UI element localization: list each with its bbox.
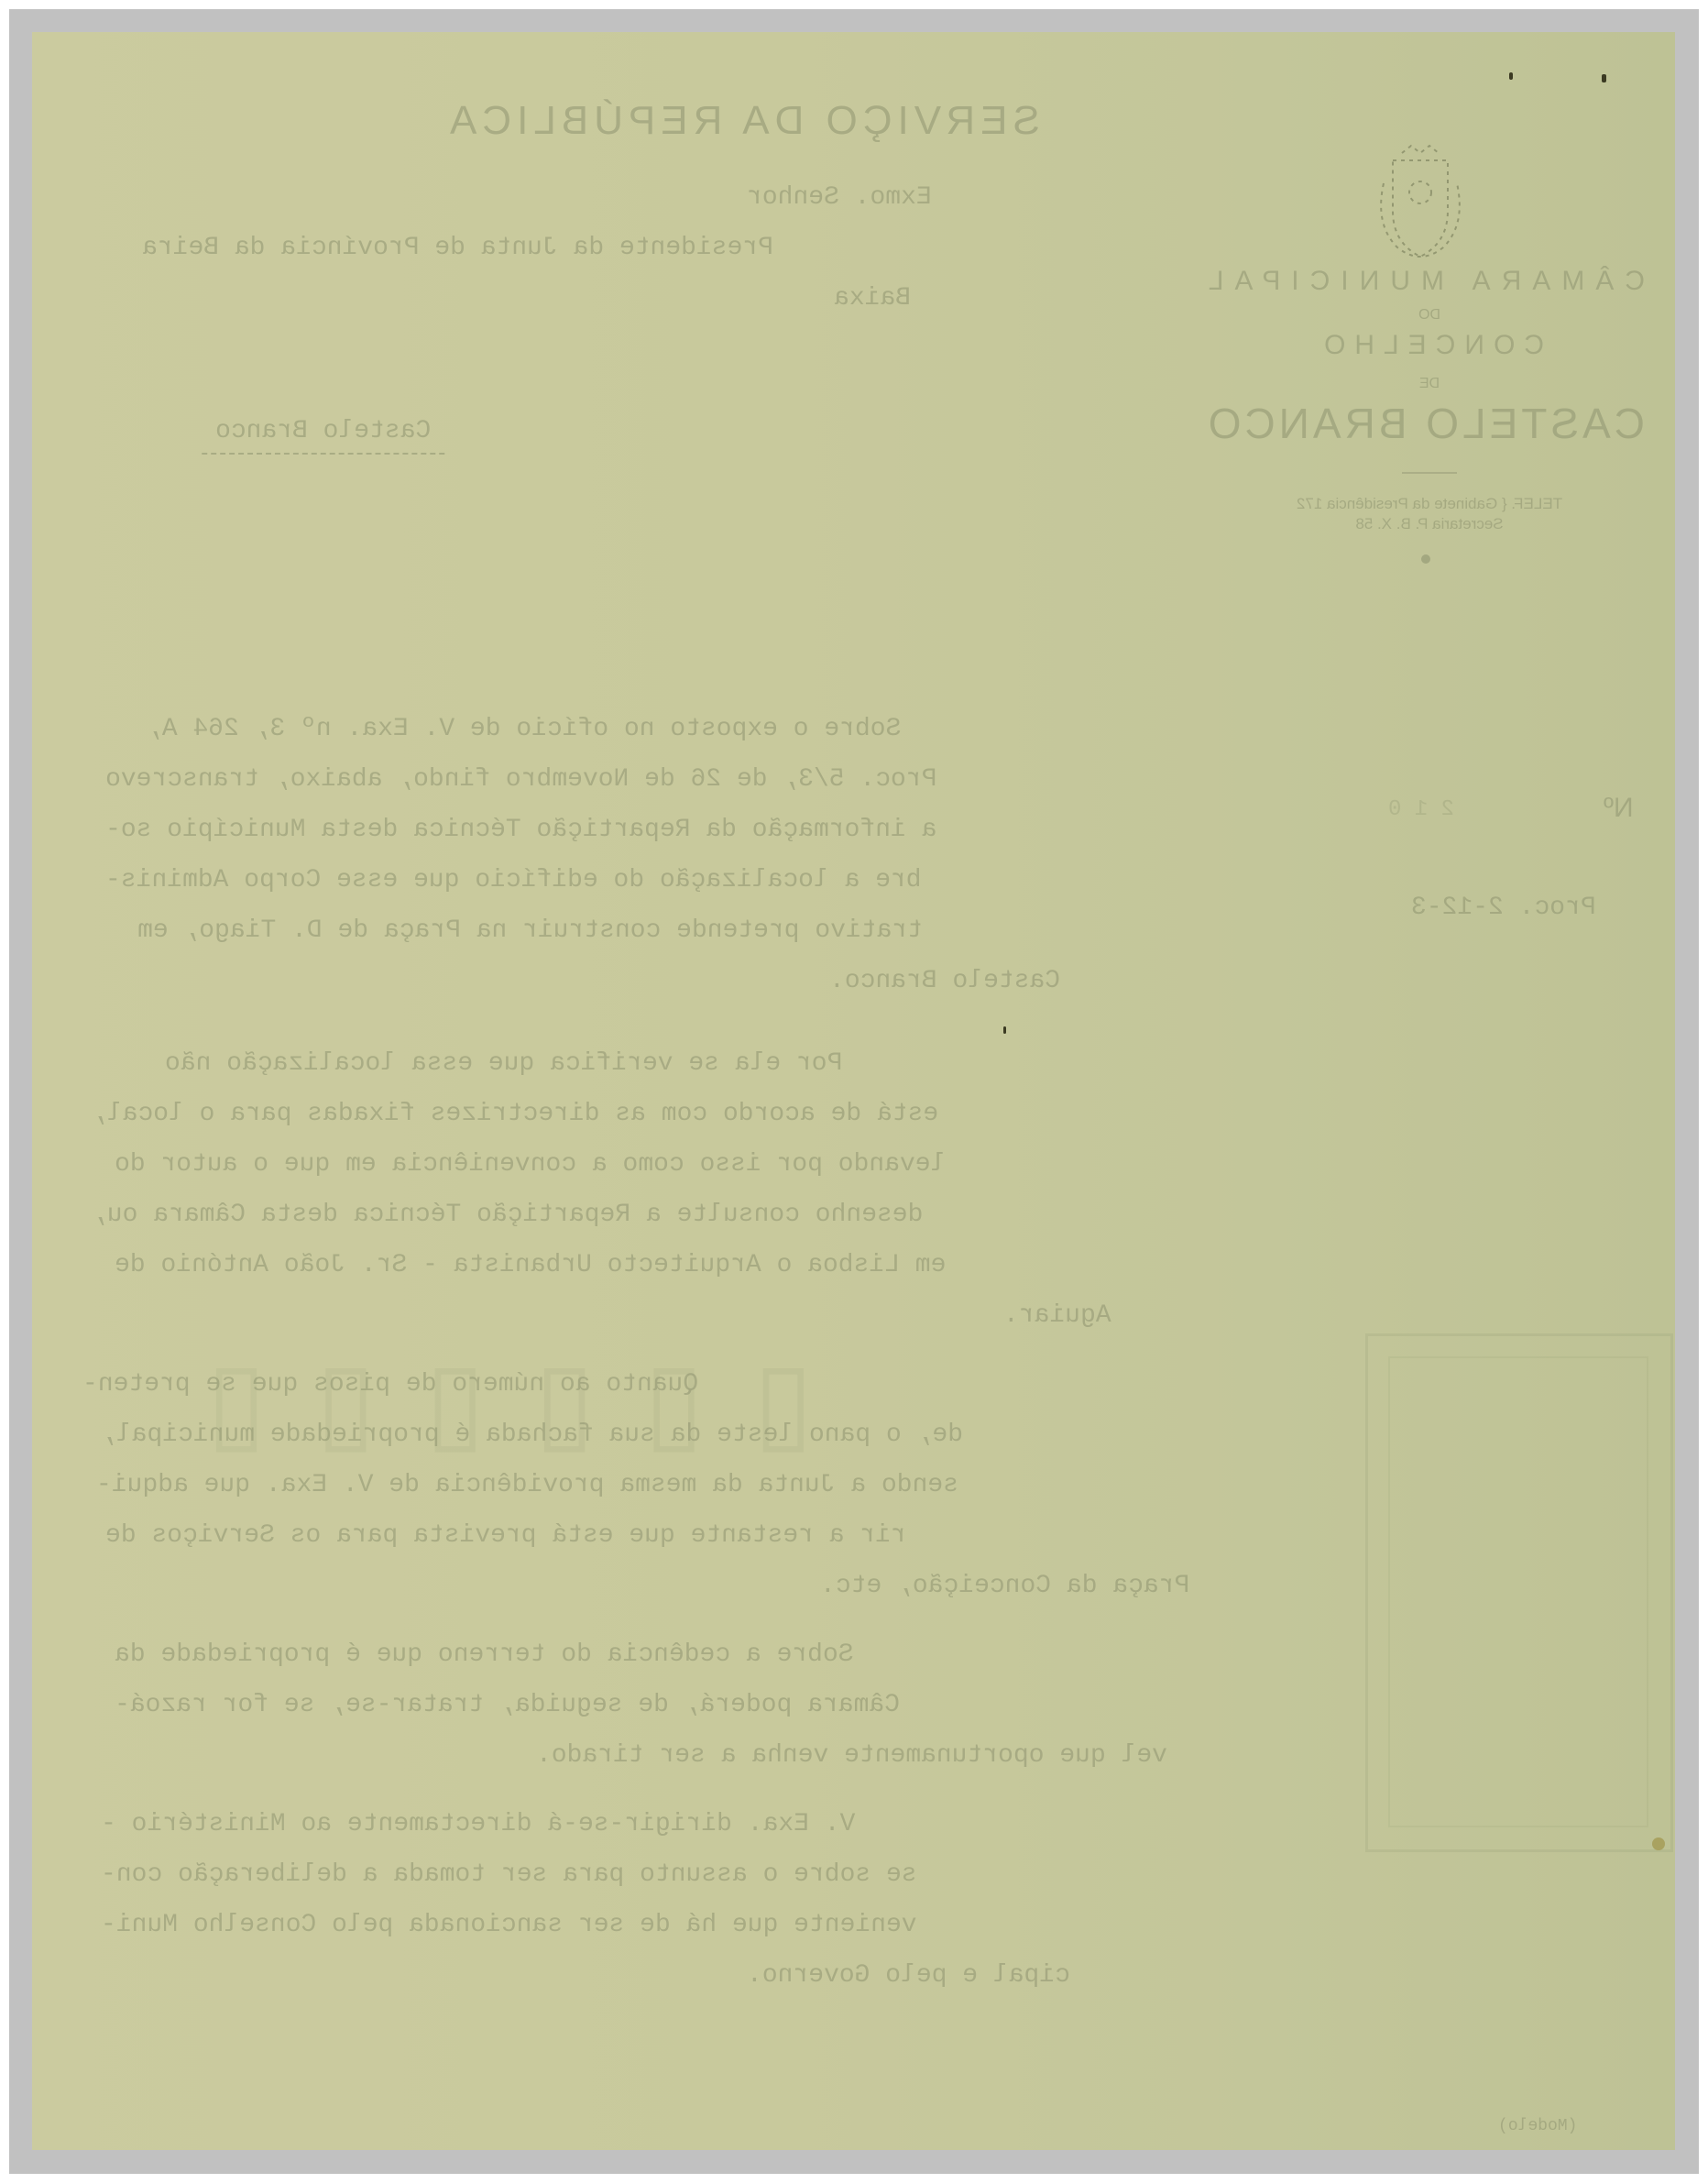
faint-stamp-inner [1388, 1356, 1648, 1827]
body-line: desenho consulte a Repartição Técnica de… [92, 1201, 923, 1229]
body-line: vel que oportunamente venha a ser tirado… [536, 1741, 1167, 1770]
addressee-place: Baixa [834, 284, 911, 313]
coat-of-arms-icon [1370, 142, 1471, 270]
body-line: Câmara poderá, de seguida, tratar-se, se… [115, 1691, 900, 1719]
body-line: de, o pano leste da sua fachada é propri… [101, 1421, 963, 1449]
letterhead-divider [1402, 472, 1457, 474]
paper-stain [1652, 1837, 1665, 1850]
letterhead-dot [1421, 554, 1430, 564]
body-line: Sobre o exposto no ofício de V. Exa. nº … [147, 715, 901, 743]
addressee-city: Castelo Branco [202, 417, 444, 455]
body-line: levando por isso como a conveniência em … [115, 1150, 946, 1179]
body-line: a informação da Repartição Técnica desta… [105, 816, 936, 844]
body-line: rir a restante que está prevista para os… [105, 1521, 906, 1550]
letterhead-do: DO [1214, 307, 1645, 324]
addressee-salutation: Exmo. Senhor [747, 183, 932, 212]
reference-number-label: Nº [1604, 793, 1634, 824]
footer-model-mark: (Modelo) [1498, 2117, 1577, 2135]
body-line: Aguiar. [1003, 1301, 1111, 1330]
body-line: veniente que há de ser sancionada pelo C… [101, 1911, 917, 1939]
document-page: SERVIÇO DA REPÚBLICA Exmo. Senhor Presid… [32, 32, 1675, 2150]
ink-speck [1509, 72, 1513, 80]
body-line: Sobre a cedência do terreno que é propri… [115, 1640, 854, 1669]
body-line: em Lisboa o Arquitecto Urbanista - Sr. J… [115, 1251, 946, 1279]
letterhead-telephone-1: TELEF. { Gabinete da Presidência 172 [1214, 495, 1645, 513]
document-title: SERVIÇO DA REPÚBLICA [444, 98, 1040, 144]
reference-number-value: 2 1 0 [1388, 797, 1454, 822]
body-line: trativo pretende construir na Praça de D… [137, 916, 923, 945]
body-line: se sobre o assunto para ser tomada a del… [101, 1860, 917, 1889]
ink-speck [1003, 1026, 1006, 1034]
letterhead-camara: CÂMARA MUNICIPAL [1214, 266, 1645, 297]
letterhead-telephone-2: Secretaria P. B. X. 58 [1214, 515, 1645, 533]
body-line: Praça da Conceição, etc. [820, 1572, 1189, 1600]
addressee-name: Presidente da Junta de Província da Beir… [142, 234, 773, 262]
body-line: Por ela se verifica que essa localização… [165, 1049, 842, 1078]
body-line: Proc. 5/3, de 26 de Novembro findo, abai… [105, 765, 936, 794]
ink-speck [1602, 74, 1606, 82]
letterhead-de: DE [1214, 376, 1645, 392]
body-line: está de acordo com as directrizes fixada… [92, 1100, 938, 1128]
process-reference: Proc. 2-12-3 [1411, 894, 1596, 922]
letterhead-concelho: CONCELHO [1214, 330, 1645, 361]
body-line: cipal e pelo Governo. [747, 1961, 1070, 1990]
letterhead-castelo-branco: CASTELO BRANCO [1214, 399, 1645, 448]
body-line: sendo a Junta da mesma providência de V.… [96, 1471, 958, 1499]
body-line: Castelo Branco. [829, 967, 1060, 995]
body-line: Quanto ao número de pisos que se preten- [82, 1370, 698, 1399]
body-line: V. Exa. dirigir-se-á directamente ao Min… [101, 1810, 855, 1838]
body-line: bre a localização do edifício que esse C… [105, 866, 922, 894]
